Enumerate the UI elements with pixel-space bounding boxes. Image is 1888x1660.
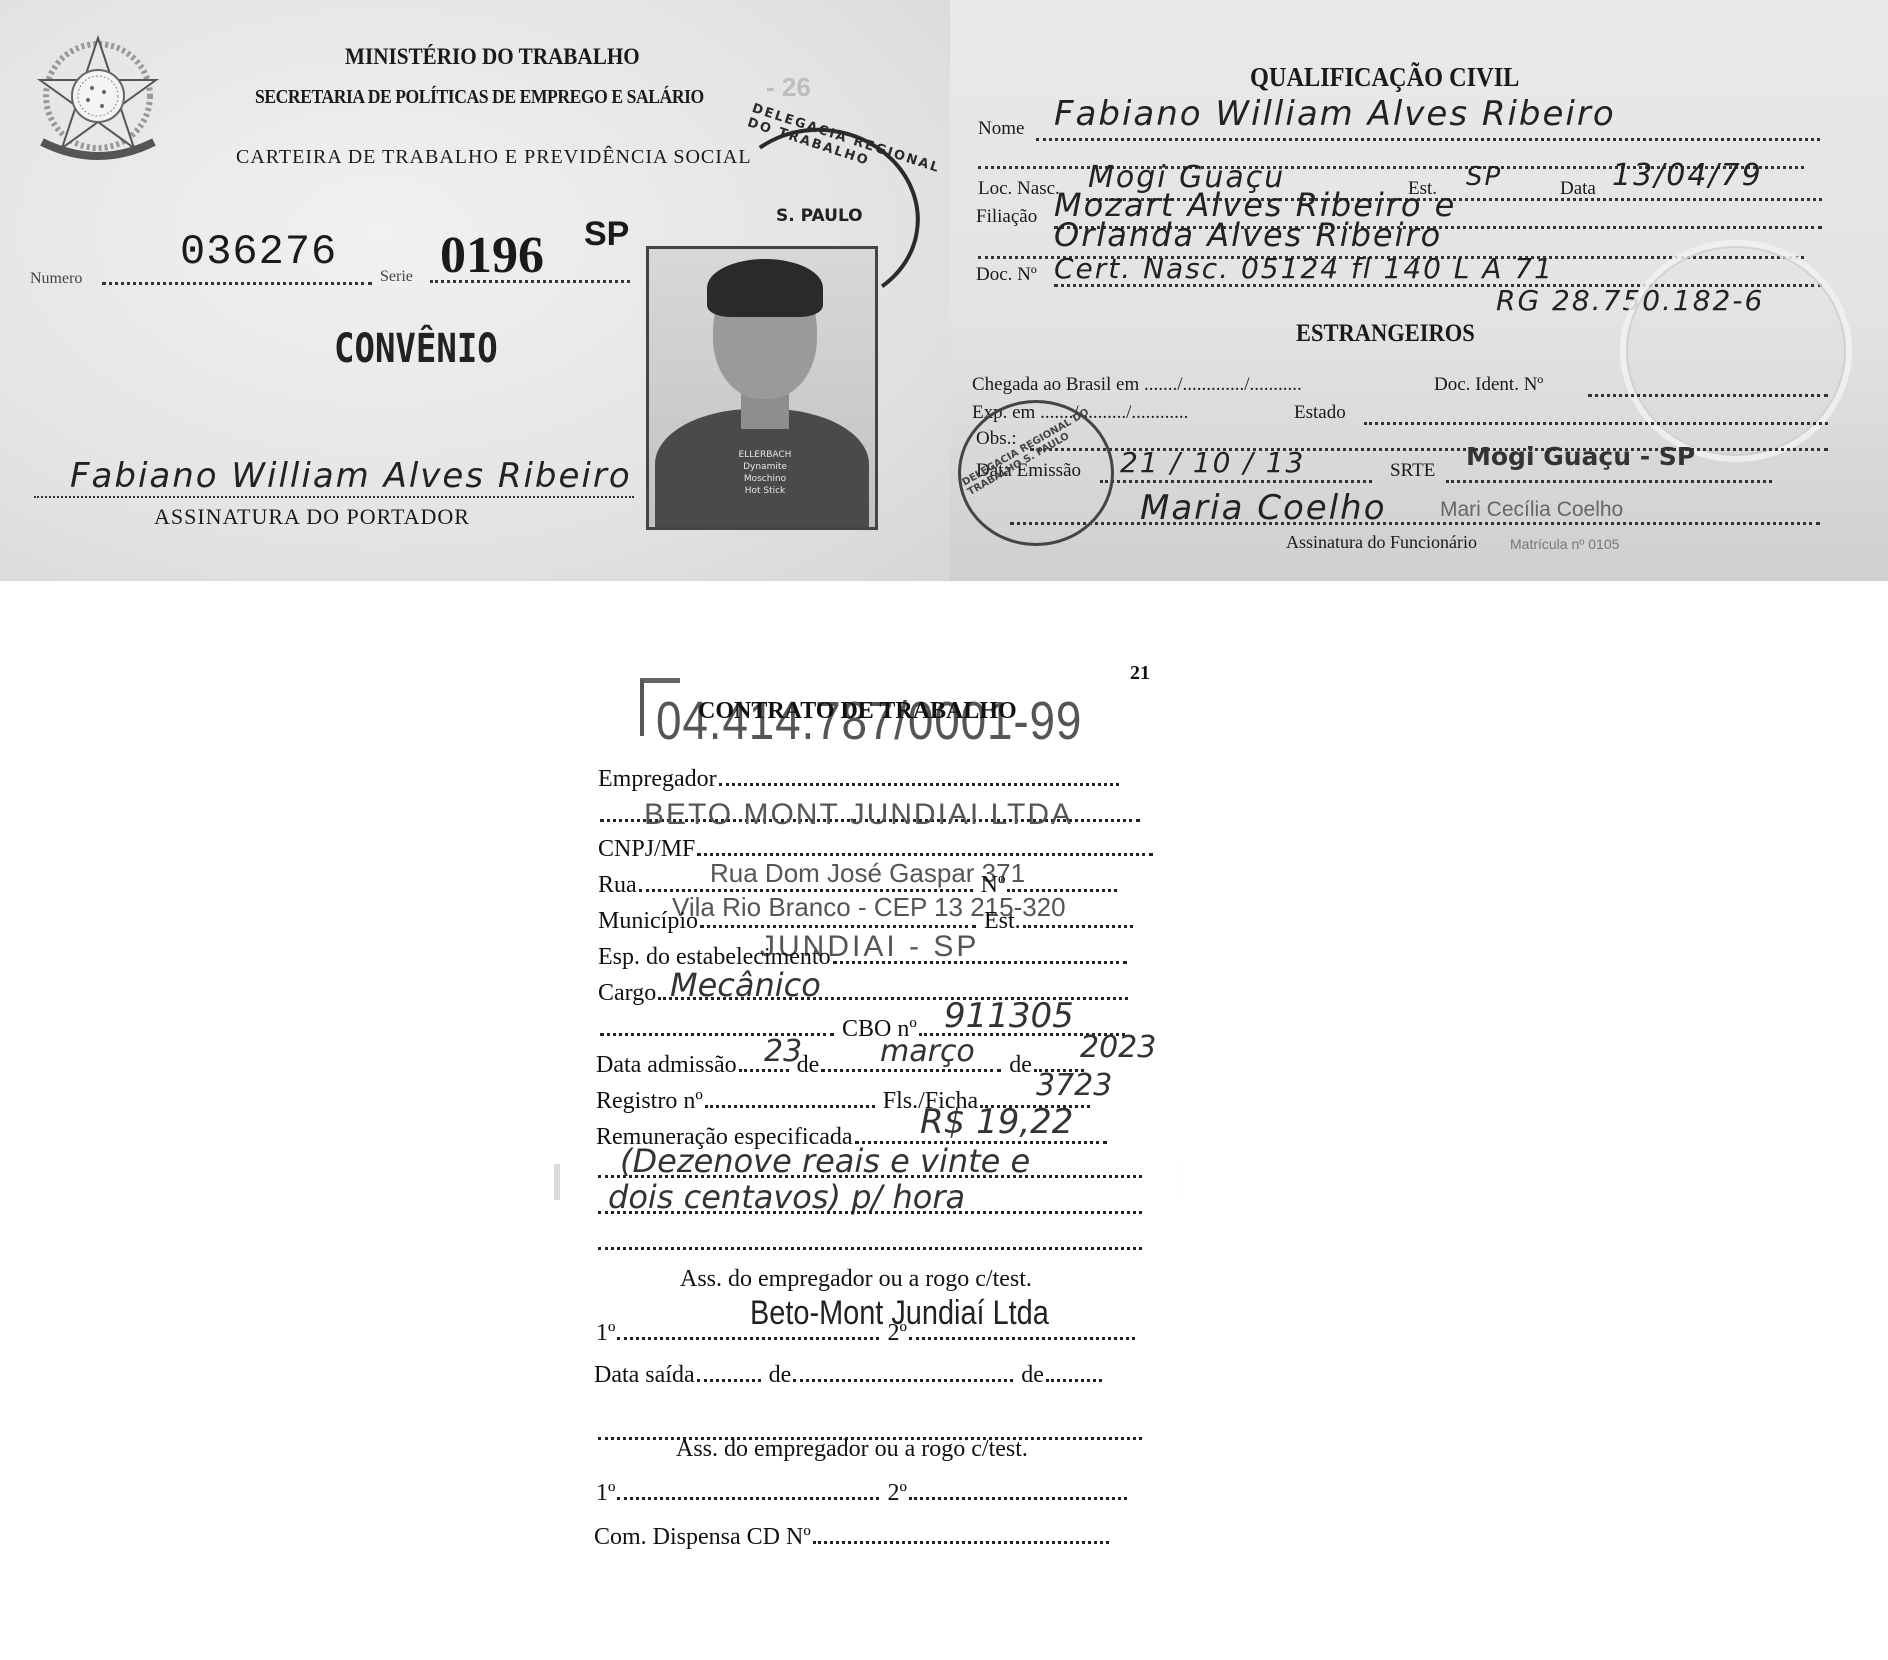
estado-dotted-line [1364, 422, 1828, 425]
dispensa-label: Com. Dispensa CD Nº [594, 1524, 811, 1550]
first-witness-label-2: 1º [596, 1480, 615, 1506]
ctps-back-card: QUALIFICAÇÃO CIVIL Nome Fabiano William … [950, 0, 1888, 581]
doc-ident-label: Doc. Ident. Nº [1434, 374, 1543, 396]
empregador-label: Empregador [598, 766, 717, 792]
data-admissao-row: Data admissão de de [596, 1052, 1086, 1079]
data-saida-label: Data saída [594, 1362, 695, 1388]
official-signature-dotted-line [1010, 522, 1820, 525]
estado-label: Estado [1294, 402, 1346, 424]
ctps-serie: 0196 [440, 226, 544, 285]
second-witness-label-2: 2º [887, 1480, 906, 1506]
signature-dotted-line [34, 496, 634, 498]
embossed-seal [1620, 240, 1852, 462]
second-witness-label: 2º [887, 1320, 906, 1346]
loc-nasc-label: Loc. Nasc. [978, 178, 1060, 200]
serie-dotted-line [430, 280, 630, 283]
cargo-label: Cargo [598, 980, 656, 1006]
ass-empregador-label-2: Ass. do empregador ou a rogo c/test. [676, 1436, 1028, 1463]
secretariat-title: SECRETARIA DE POLÍTICAS DE EMPREGO E SAL… [255, 86, 704, 109]
est-value: SP [1466, 162, 1502, 192]
saida-de-label: de [769, 1362, 792, 1388]
doc-label: Doc. Nº [976, 264, 1037, 286]
remuneracao-line-3 [596, 1194, 1144, 1221]
contract-page: 21 04.414.787/0001-99 CONTRATO DE TRABAL… [560, 650, 1180, 1600]
nome-label: Nome [978, 118, 1024, 140]
first-witness-label: 1º [596, 1320, 615, 1346]
qualificacao-civil-title: QUALIFICAÇÃO CIVIL [1250, 62, 1519, 93]
serie-label: Serie [380, 268, 413, 286]
signatures-row-2: 1º 2º [596, 1480, 1129, 1507]
remuneracao-line-4 [596, 1230, 1144, 1257]
doc-ident-dotted-line [1588, 394, 1828, 397]
cnpj-label: CNPJ/MF [598, 836, 695, 862]
filiacao-mother: Orlanda Alves Ribeiro [1054, 216, 1442, 254]
empregador-value: BETO MONT JUNDIAI LTDA [644, 798, 1073, 832]
srte-label: SRTE [1390, 460, 1435, 482]
ctps-serie-uf: SP [584, 215, 629, 254]
data-nasc-value: 13/04/79 [1612, 158, 1763, 193]
regional-stamp-city: S. PAULO [776, 206, 863, 226]
srte-dotted-line [1446, 480, 1772, 483]
registro-label: Registro nº [596, 1088, 703, 1114]
chegada-label: Chegada ao Brasil em ......./...........… [972, 374, 1302, 396]
empregador-row: Empregador [598, 766, 1121, 793]
convenio-stamp: CONVÊNIO [334, 326, 498, 372]
doc-value: Cert. Nasc. 05124 fl 140 L A 71 [1054, 252, 1554, 285]
rua-label: Rua [598, 872, 637, 898]
nome-dotted-line [1036, 138, 1820, 141]
de-label-2: de [1009, 1052, 1032, 1078]
srte-stamp: Mogi Guaçu - SP [1466, 442, 1695, 471]
numero-label: Numero [30, 270, 82, 288]
official-registration-stamp: Matrícula nº 0105 [1510, 536, 1619, 552]
numero-dotted-line [102, 282, 372, 285]
municipio-label: Município [598, 908, 698, 934]
cargo-value: Mecânico [670, 966, 821, 1004]
holder-signature: Fabiano William Alves Ribeiro [70, 456, 632, 496]
filiacao-label: Filiação [976, 206, 1037, 228]
official-name-stamp: Mari Cecília Coelho [1440, 498, 1623, 522]
signatures-row-1: 1º 2º [596, 1320, 1137, 1347]
official-signature-label: Assinatura do Funcionário [1286, 532, 1477, 553]
holder-photo: ELLERBACH Dynamite Moschino Hot Stick [646, 246, 878, 530]
contract-title: CONTRATO DE TRABALHO [698, 698, 1017, 725]
admissao-month: março [880, 1034, 975, 1069]
stamp-bracket [640, 678, 680, 683]
saida-de-label-2: de [1021, 1362, 1044, 1388]
cbo-value: 911305 [944, 996, 1074, 1036]
data-nasc-label: Data [1560, 178, 1596, 200]
document-type-title: CARTEIRA DE TRABALHO E PREVIDÊNCIA SOCIA… [236, 146, 752, 169]
ctps-front-card: MINISTÉRIO DO TRABALHO SECRETARIA DE POL… [0, 0, 950, 581]
data-admissao-label: Data admissão [596, 1052, 737, 1078]
fls-value: 3723 [1036, 1068, 1112, 1103]
ass-empregador-label: Ass. do empregador ou a rogo c/test. [680, 1266, 1032, 1293]
ministry-title: MINISTÉRIO DO TRABALHO [345, 44, 640, 70]
admissao-year: 2023 [1080, 1030, 1156, 1065]
admissao-day: 23 [764, 1034, 802, 1069]
estrangeiros-title: ESTRANGEIROS [1296, 320, 1475, 348]
est-label: Est. [984, 908, 1021, 934]
data-emissao-value: 21 / 10 / 13 [1120, 446, 1305, 479]
ctps-number: 036276 [180, 228, 337, 276]
page-number: 21 [1130, 662, 1150, 685]
stamp-bracket-vertical [640, 680, 644, 736]
dispensa-row: Com. Dispensa CD Nº [594, 1524, 1111, 1551]
faint-stamp: - 26 [766, 72, 811, 103]
holder-signature-label: ASSINATURA DO PORTADOR [154, 504, 470, 530]
brazil-coat-of-arms-icon [28, 30, 168, 170]
nome-value: Fabiano William Alves Ribeiro [1054, 94, 1616, 134]
remuneracao-value: R$ 19,22 [920, 1102, 1073, 1142]
photo-shirt-print: ELLERBACH Dynamite Moschino Hot Stick [725, 449, 805, 497]
data-saida-row: Data saída de de [594, 1362, 1104, 1389]
data-emissao-dotted-line [1100, 480, 1372, 483]
